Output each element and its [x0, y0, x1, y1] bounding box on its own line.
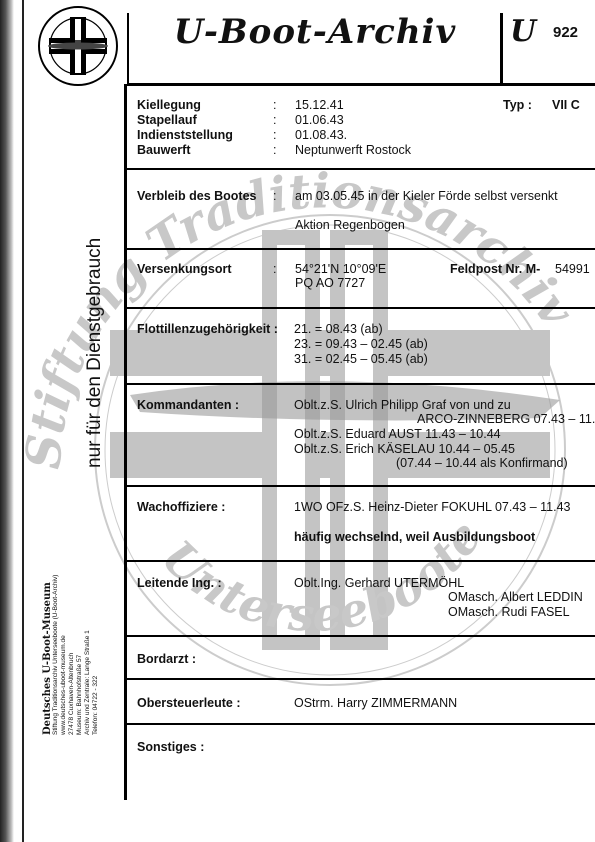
- divider: [127, 168, 595, 170]
- kommandant-line: ARCO-ZINNEBERG 07.43 – 11.43: [417, 412, 595, 426]
- museum-line: Stiftung Traditionsarchiv Unterseeboote …: [52, 575, 60, 735]
- kiellegung-value: 15.12.41: [295, 98, 344, 112]
- kommandant-line: Oblt.z.S. Ulrich Philipp Graf von und zu: [294, 398, 511, 412]
- museum-line: Archiv und Zentrale: Lange Straße 1: [84, 575, 92, 735]
- leitende-label: Leitende Ing. :: [137, 576, 222, 590]
- kiellegung-label: Kiellegung: [137, 98, 201, 112]
- museum-line: Museum: Bahnhofstraße 57: [76, 575, 84, 735]
- separator: :: [273, 113, 276, 127]
- indienststellung-label: Indienststellung: [137, 128, 233, 142]
- flottille-label: Flottillenzugehörigkeit :: [137, 322, 278, 336]
- header-left-divider: [127, 13, 129, 85]
- outer-left-line: [22, 0, 24, 842]
- versenkungsort-coords: 54°21'N 10°09'E: [295, 262, 386, 276]
- scan-edge: [0, 0, 14, 842]
- divider: [127, 560, 595, 562]
- sonstiges-label: Sonstiges :: [137, 740, 204, 754]
- header-right-divider: [500, 13, 503, 85]
- page-title: U-Boot-Archiv: [130, 12, 500, 52]
- feldpost-value: 54991: [555, 262, 590, 276]
- separator: :: [273, 262, 276, 276]
- header-bottom-line: [127, 83, 595, 86]
- u-prefix: U: [510, 14, 536, 49]
- kommandanten-label: Kommandanten :: [137, 398, 239, 412]
- divider: [127, 635, 595, 637]
- flottille-line: 23. = 09.43 – 02.45 (ab): [294, 337, 428, 351]
- museum-line: Telefon: 04722 - 322: [92, 575, 100, 735]
- divider: [127, 307, 595, 309]
- content-left-border: [124, 84, 127, 800]
- leitende-line: OMasch. Albert LEDDIN: [448, 590, 583, 604]
- divider: [127, 383, 595, 385]
- leitende-line: Oblt.Ing. Gerhard UTERMÖHL: [294, 576, 464, 590]
- separator: :: [273, 98, 276, 112]
- typ-label: Typ :: [503, 98, 532, 112]
- boat-number: 922: [553, 24, 578, 41]
- divider: [127, 248, 595, 250]
- bauwerft-label: Bauwerft: [137, 143, 190, 157]
- verbleib-label: Verbleib des Bootes: [137, 189, 256, 203]
- obersteuerleute-label: Obersteuerleute :: [137, 696, 241, 710]
- flottille-line: 21. = 08.43 (ab): [294, 322, 383, 336]
- flottille-line: 31. = 02.45 – 05.45 (ab): [294, 352, 428, 366]
- versenkungsort-grid: PQ AO 7727: [295, 276, 365, 290]
- feldpost-label: Feldpost Nr. M-: [450, 262, 540, 276]
- versenkungsort-label: Versenkungsort: [137, 262, 231, 276]
- museum-line: www.deutsches-uboot-museum.de: [60, 575, 68, 735]
- bauwerft-value: Neptunwerft Rostock: [295, 143, 411, 157]
- stamp-restricted-use: nur für den Dienstgebrauch: [84, 238, 106, 468]
- divider: [127, 485, 595, 487]
- separator: :: [273, 143, 276, 157]
- typ-value: VII C: [552, 98, 580, 112]
- stapellauf-value: 01.06.43: [295, 113, 344, 127]
- kommandant-line: (07.44 – 10.44 als Konfirmand): [396, 456, 568, 470]
- wachoffizier-note: häufig wechselnd, weil Ausbildungsboot: [294, 530, 535, 544]
- leitende-line: OMasch. Rudi FASEL: [448, 605, 570, 619]
- museum-line: 27478 Cuxhaven-Altenbruch: [68, 575, 76, 735]
- divider: [127, 723, 595, 725]
- wachoffiziere-label: Wachoffiziere :: [137, 500, 225, 514]
- stapellauf-label: Stapellauf: [137, 113, 197, 127]
- museum-title: Deutsches U-Boot-Museum: [44, 575, 52, 735]
- bordarzt-label: Bordarzt :: [137, 652, 196, 666]
- divider: [127, 678, 595, 680]
- obersteuerleute-value: OStrm. Harry ZIMMERMANN: [294, 696, 457, 710]
- separator: :: [273, 189, 276, 203]
- museum-address-block: Deutsches U-Boot-Museum Stiftung Traditi…: [44, 575, 100, 735]
- verbleib-value: am 03.05.45 in der Kieler Förde selbst v…: [295, 189, 558, 203]
- wachoffizier-line: 1WO OFz.S. Heinz-Dieter FOKUHL 07.43 – 1…: [294, 500, 571, 514]
- indienststellung-value: 01.08.43.: [295, 128, 347, 142]
- verbleib-aktion: Aktion Regenbogen: [295, 218, 405, 232]
- kommandant-line: Oblt.z.S. Erich KÄSELAU 10.44 – 05.45: [294, 442, 515, 456]
- separator: :: [273, 128, 276, 142]
- kommandant-line: Oblt.z.S. Eduard AUST 11.43 – 10.44: [294, 427, 501, 441]
- iron-cross-submarine-emblem-icon: [37, 5, 119, 87]
